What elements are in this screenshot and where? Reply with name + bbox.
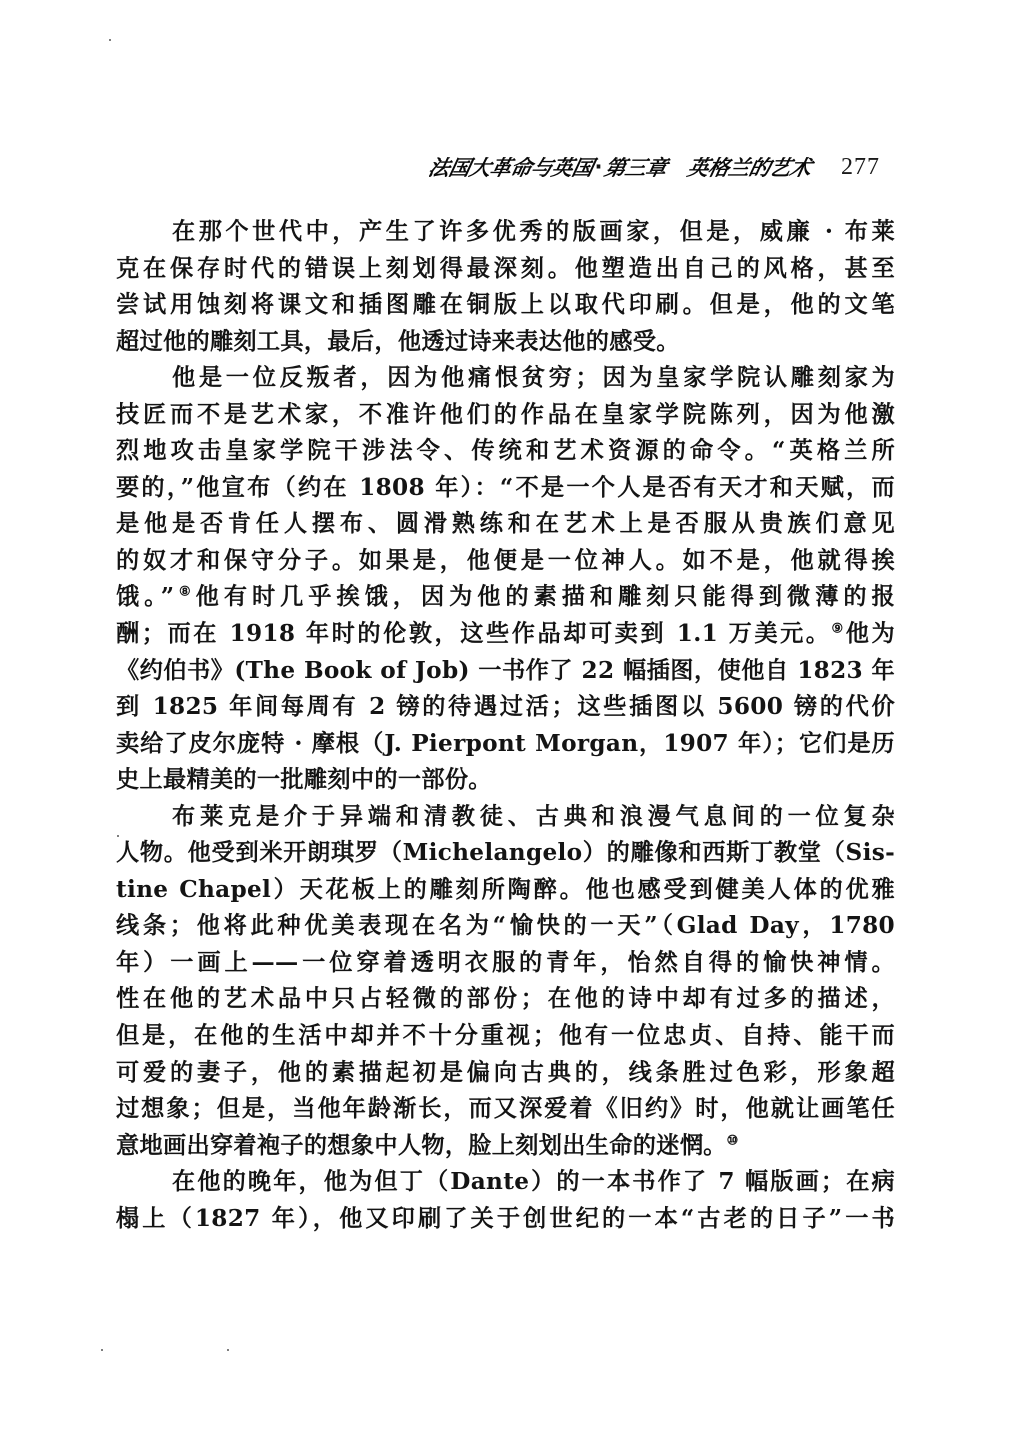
scan-speck: [109, 39, 111, 41]
text-line: 的奴才和保守分子。如果是，他便是一位神人。如不是，他就得挨: [116, 543, 895, 580]
text-line: 人物。他受到米开朗琪罗（Michelangelo）的雕像和西斯丁教堂（Sis-: [116, 835, 895, 872]
text-line: 过想象；但是，当他年龄渐长，而又深爱着《旧约》时，他就让画笔任: [116, 1091, 895, 1128]
paragraph-1: 在那个世代中，产生了许多优秀的版画家，但是，威廉 · 布莱 克在保存时代的错误上…: [116, 214, 895, 360]
text-line: 榻上（1827 年），他又印刷了关于创世纪的一本“古老的日子”一书: [116, 1201, 895, 1238]
body-text: 在那个世代中，产生了许多优秀的版画家，但是，威廉 · 布莱 克在保存时代的错误上…: [116, 214, 895, 1237]
text-line: 到 1825 年间每周有 2 镑的待遇过活；这些插图以 5600 镑的代价: [116, 689, 895, 726]
scan-speck: [101, 1349, 103, 1351]
paragraph-4: 在他的晚年，他为但丁（Dante）的一本书作了 7 幅版画；在病 榻上（1827…: [116, 1164, 895, 1237]
paragraph-2: 他是一位反叛者，因为他痛恨贫穷；因为皇家学院认雕刻家为 技匠而不是艺术家，不准许…: [116, 360, 895, 799]
text-line: 史上最精美的一批雕刻中的一部份。: [116, 762, 895, 799]
footnote-marker-8[interactable]: ⑧: [174, 585, 195, 600]
text-line: 尝试用蚀刻将课文和插图雕在铜版上以取代印刷。但是，他的文笔: [116, 287, 895, 324]
header-chapter-title: 英格兰的艺术: [685, 152, 814, 182]
text-line: 意地画出穿着袍子的想象中人物，脸上刻划出生命的迷惘。⑩: [116, 1128, 895, 1165]
text-segment: 意地画出穿着袍子的想象中人物，脸上刻划出生命的迷惘。: [116, 1132, 727, 1159]
scan-speck: [117, 835, 119, 837]
text-line: 他是一位反叛者，因为他痛恨贫穷；因为皇家学院认雕刻家为: [116, 360, 895, 397]
text-line: 可爱的妻子，他的素描起初是偏向古典的，线条胜过色彩，形象超: [116, 1055, 895, 1092]
footnote-marker-9[interactable]: ⑨: [832, 621, 846, 636]
text-segment: 他为: [846, 620, 895, 647]
header-book-title: 法国大革命与英国: [425, 152, 595, 182]
text-line: 卖给了皮尔庞特 · 摩根（J. Pierpont Morgan，1907 年）；…: [116, 726, 895, 763]
text-line: 酬；而在 1918 年时的伦敦，这些作品却可卖到 1.1 万美元。⑨他为: [116, 616, 895, 653]
scanned-book-page: 法国大革命与英国 · 第三章 英格兰的艺术 277 在那个世代中，产生了许多优秀…: [0, 0, 1013, 1436]
text-line: 年）一画上——一位穿着透明衣服的青年，怡然自得的愉快神情。: [116, 945, 895, 982]
text-line: 性在他的艺术品中只占轻微的部份；在他的诗中却有过多的描述，: [116, 981, 895, 1018]
text-line: 《约伯书》(The Book of Job) 一书作了 22 幅插图，使他自 1…: [116, 653, 895, 690]
text-line: 是他是否肯任人摆布、圆滑熟练和在艺术上是否服从贵族们意见: [116, 506, 895, 543]
running-header: 法国大革命与英国 · 第三章 英格兰的艺术 277: [380, 150, 880, 184]
text-line: 在那个世代中，产生了许多优秀的版画家，但是，威廉 · 布莱: [116, 214, 895, 251]
paragraph-3: 布莱克是介于异端和清教徒、古典和浪漫气息间的一位复杂 人物。他受到米开朗琪罗（M…: [116, 799, 895, 1164]
scan-speck: [227, 1349, 229, 1351]
text-segment: 他有时几乎挨饿，因为他的素描和雕刻只能得到微薄的报: [196, 583, 895, 610]
page-number: 277: [841, 154, 880, 181]
scan-speck: [879, 380, 881, 382]
footnote-marker-10[interactable]: ⑩: [727, 1133, 739, 1148]
text-line: 要的，”他宣布（约在 1808 年）：“不是一个人是否有天才和天赋，而: [116, 470, 895, 507]
text-line: 技匠而不是艺术家，不准许他们的作品在皇家学院陈列，因为他激: [116, 397, 895, 434]
text-line: 饿。”⑧他有时几乎挨饿，因为他的素描和雕刻只能得到微薄的报: [116, 579, 895, 616]
text-line: 克在保存时代的错误上刻划得最深刻。他塑造出自己的风格，甚至: [116, 251, 895, 288]
text-line: 线条；他将此种优美表现在名为“愉快的一天”（Glad Day，1780: [116, 908, 895, 945]
header-chapter-number: 第三章: [601, 152, 669, 182]
text-line: tine Chapel）天花板上的雕刻所陶醉。他也感受到健美人体的优雅: [116, 872, 895, 909]
header-separator: ·: [595, 155, 603, 179]
text-line: 在他的晚年，他为但丁（Dante）的一本书作了 7 幅版画；在病: [116, 1164, 895, 1201]
text-segment: 饿。”: [116, 583, 174, 610]
text-line: 超过他的雕刻工具，最后，他透过诗来表达他的感受。: [116, 324, 895, 361]
text-line: 但是，在他的生活中却并不十分重视；他有一位忠贞、自持、能干而: [116, 1018, 895, 1055]
text-line: 布莱克是介于异端和清教徒、古典和浪漫气息间的一位复杂: [116, 799, 895, 836]
text-line: 烈地攻击皇家学院干涉法令、传统和艺术资源的命令。“英格兰所: [116, 433, 895, 470]
text-segment: 酬；而在 1918 年时的伦敦，这些作品却可卖到 1.1 万美元。: [116, 620, 832, 647]
